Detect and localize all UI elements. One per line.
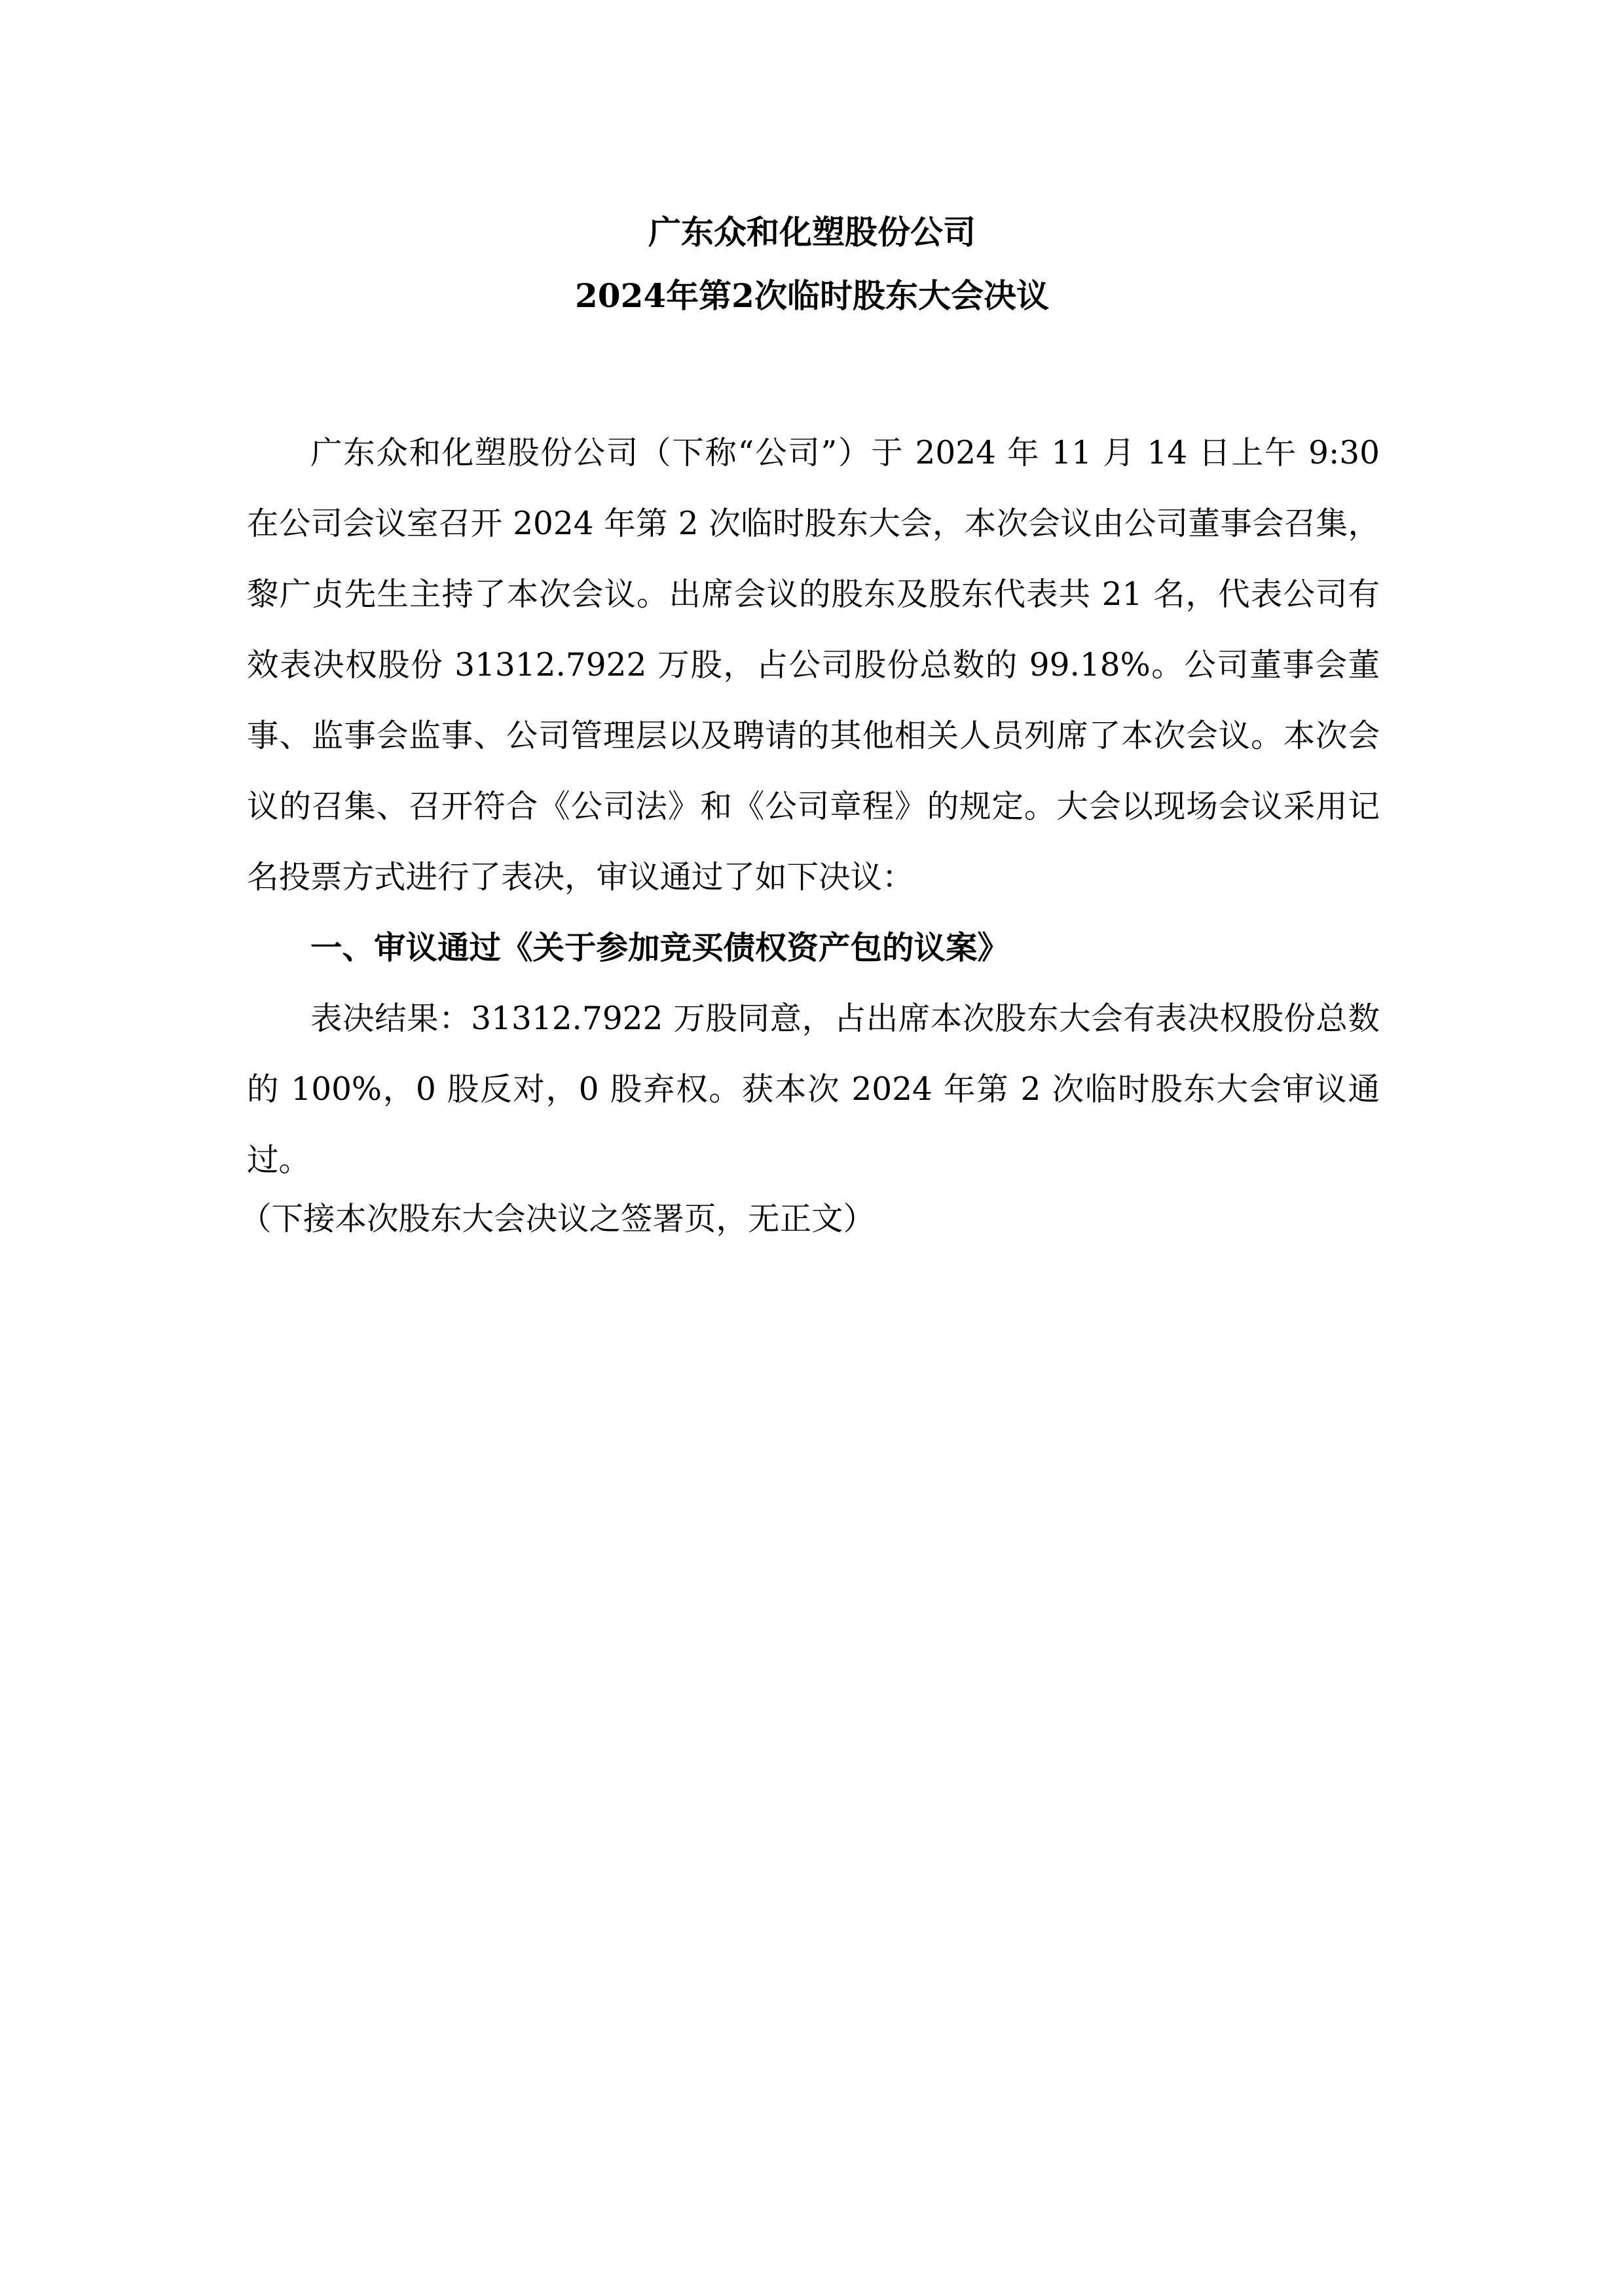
intro-paragraph: 广东众和化塑股份公司（下称“公司”）于 2024 年 11 月 14 日上午 9…: [247, 418, 1380, 913]
document-page: 广东众和化塑股份公司 2024年第2次临时股东大会决议 广东众和化塑股份公司（下…: [0, 0, 1624, 2296]
document-body: 广东众和化塑股份公司（下称“公司”）于 2024 年 11 月 14 日上午 9…: [247, 418, 1380, 1195]
resolution-heading: 一、审议通过《关于参加竞买债权资产包的议案》: [247, 913, 1380, 983]
company-title: 广东众和化塑股份公司: [0, 211, 1624, 253]
resolution-title: 2024年第2次临时股东大会决议: [0, 275, 1624, 317]
signature-page-note: （下接本次股东大会决议之签署页，无正文）: [240, 1198, 875, 1240]
vote-result-paragraph: 表决结果：31312.7922 万股同意，占出席本次股东大会有表决权股份总数的 …: [247, 983, 1380, 1195]
